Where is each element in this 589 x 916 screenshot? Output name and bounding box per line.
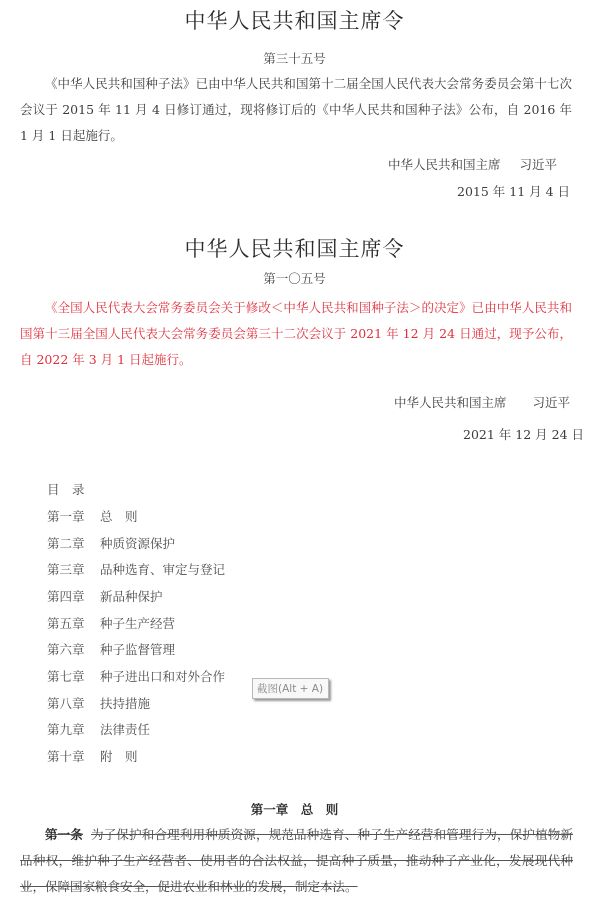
- toc-item[interactable]: 第三章品种选育、审定与登记: [47, 560, 225, 578]
- signatory-name: 习近平: [520, 157, 558, 172]
- toc-chapter-title: 总 则: [100, 509, 138, 524]
- chapter-1-heading: 第一章 总 则: [0, 800, 589, 818]
- toc-chapter-number: 第五章: [47, 614, 100, 632]
- toc-chapter-number: 第七章: [47, 667, 100, 685]
- order-2-title: 中华人民共和国主席令: [0, 233, 589, 263]
- toc-item[interactable]: 第四章新品种保护: [47, 587, 163, 605]
- order-1-title: 中华人民共和国主席令: [0, 5, 589, 35]
- toc-item[interactable]: 第八章扶持措施: [47, 694, 150, 712]
- order-1-date: 2015 年 11 月 4 日: [457, 182, 570, 200]
- toc-chapter-title: 种子生产经营: [100, 616, 175, 631]
- toc-chapter-title: 扶持措施: [100, 696, 150, 711]
- toc-chapter-title: 法律责任: [100, 722, 150, 737]
- signatory-name: 习近平: [533, 395, 571, 410]
- order-2-signature: 中华人民共和国主席习近平: [394, 393, 570, 411]
- toc-item[interactable]: 第五章种子生产经营: [47, 614, 175, 632]
- toc-item[interactable]: 第六章种子监督管理: [47, 640, 175, 658]
- order-2-number: 第一〇五号: [0, 269, 589, 287]
- toc-chapter-number: 第六章: [47, 640, 100, 658]
- toc-item[interactable]: 第二章种质资源保护: [47, 534, 175, 552]
- signatory-title: 中华人民共和国主席: [388, 157, 501, 172]
- signatory-title: 中华人民共和国主席: [394, 395, 507, 410]
- order-1-signature: 中华人民共和国主席习近平: [388, 155, 557, 173]
- toc-chapter-title: 品种选育、审定与登记: [100, 562, 225, 577]
- order-2-date: 2021 年 12 月 24 日: [463, 425, 584, 443]
- toc-item[interactable]: 第九章法律责任: [47, 720, 150, 738]
- toc-chapter-number: 第八章: [47, 694, 100, 712]
- toc-item[interactable]: 第十章附 则: [47, 747, 138, 765]
- toc-chapter-number: 第三章: [47, 560, 100, 578]
- toc-chapter-title: 新品种保护: [100, 589, 163, 604]
- screenshot-tooltip: 截图(Alt + A): [252, 678, 329, 699]
- toc-chapter-number: 第十章: [47, 747, 100, 765]
- order-2-body: 《全国人民代表大会常务委员会关于修改＜中华人民共和国种子法＞的决定》已由中华人民…: [20, 295, 572, 373]
- toc-chapter-number: 第九章: [47, 720, 100, 738]
- toc-item[interactable]: 第七章种子进出口和对外合作: [47, 667, 225, 685]
- toc-item[interactable]: 第一章总 则: [47, 507, 138, 525]
- toc-chapter-number: 第一章: [47, 507, 100, 525]
- toc-heading: 目 录: [47, 480, 85, 498]
- article-1: 第一条为了保护和合理利用种质资源，规范品种选育、种子生产经营和管理行为，保护植物…: [20, 822, 573, 900]
- toc-chapter-title: 种子监督管理: [100, 642, 175, 657]
- toc-chapter-number: 第二章: [47, 534, 100, 552]
- toc-chapter-title: 种质资源保护: [100, 536, 175, 551]
- toc-chapter-title: 种子进出口和对外合作: [100, 669, 225, 684]
- toc-chapter-number: 第四章: [47, 587, 100, 605]
- toc-chapter-title: 附 则: [100, 749, 138, 764]
- order-1-number: 第三十五号: [0, 49, 589, 67]
- article-text: 为了保护和合理利用种质资源，规范品种选育、种子生产经营和管理行为，保护植物新品种…: [20, 827, 573, 894]
- article-number: 第一条: [45, 827, 83, 842]
- order-1-body: 《中华人民共和国种子法》已由中华人民共和国第十二届全国人民代表大会常务委员会第十…: [20, 71, 572, 149]
